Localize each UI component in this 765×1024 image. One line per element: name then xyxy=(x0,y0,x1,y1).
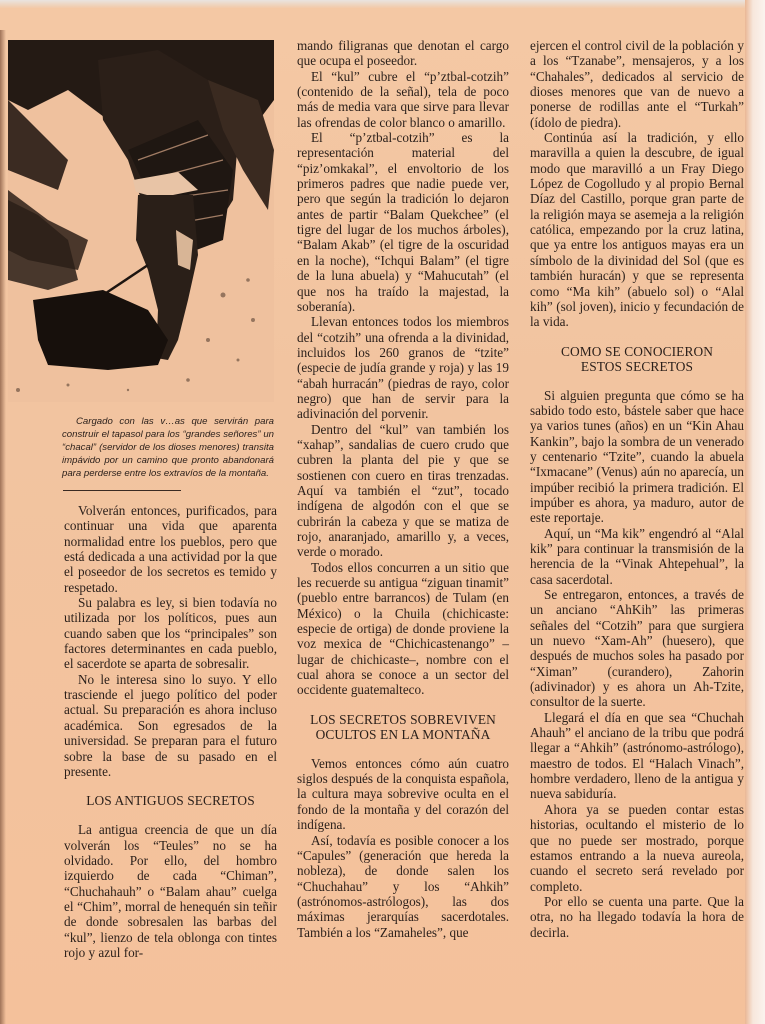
paragraph: Ahora ya se pueden contar estas historia… xyxy=(530,802,744,894)
paragraph: El “kul” cubre el “p’ztbal-cotzih” (cont… xyxy=(297,69,509,130)
heading-line: LOS SECRETOS SOBREVIVEN xyxy=(310,712,496,727)
photo-man-carrying-branches xyxy=(8,40,274,402)
paragraph: Dentro del “kul” van también los “xahap”… xyxy=(297,422,509,560)
heading-line: OCULTOS EN LA MONTAÑA xyxy=(316,727,491,742)
paragraph: Si alguien pregunta que cómo se ha sabid… xyxy=(530,388,744,526)
paragraph: Volverán entonces, purificados, para con… xyxy=(64,503,277,595)
photo-caption: Cargado con las v…as que servirán para c… xyxy=(62,415,274,480)
page-binding-shadow xyxy=(0,30,6,1024)
paragraph: Aquí, un “Ma kik” engendró al “Alal kik”… xyxy=(530,526,744,587)
article-column-2: mando filigranas que denotan el cargo qu… xyxy=(297,38,509,940)
paragraph: Todos ellos concurren a un sitio que les… xyxy=(297,560,509,698)
article-photo xyxy=(8,40,274,402)
page-right-edge xyxy=(745,0,765,1024)
article-column-3: ejercen el control civil de la población… xyxy=(530,38,744,940)
paragraph-continued: mando filigranas que denotan el cargo qu… xyxy=(297,38,509,69)
paragraph: Continúa así la tradición, y ello maravi… xyxy=(530,130,744,329)
heading-line: COMO SE CONOCIERON xyxy=(561,344,713,359)
paragraph-continued: ejercen el control civil de la población… xyxy=(530,38,744,130)
section-heading-como-se-conocieron: COMO SE CONOCIERON ESTOS SECRETOS xyxy=(530,344,744,374)
paragraph: Su palabra es ley, si bien todavía no ut… xyxy=(64,595,277,672)
paragraph: Vemos entonces cómo aún cuatro siglos de… xyxy=(297,756,509,833)
page-top-edge xyxy=(0,0,765,8)
section-heading-antiguos-secretos: LOS ANTIGUOS SECRETOS xyxy=(64,793,277,808)
caption-divider xyxy=(63,490,181,491)
paragraph: La antigua creencia de que un día volver… xyxy=(64,822,277,960)
paragraph: Llevan entonces todos los miembros del “… xyxy=(297,314,509,421)
paragraph: Por ello se cuenta una parte. Que la otr… xyxy=(530,894,744,940)
heading-line: ESTOS SECRETOS xyxy=(581,359,693,374)
paragraph: No le interesa sino lo suyo. Y ello tras… xyxy=(64,672,277,779)
paragraph: Llegará el día en que sea “Chuchah Ahauh… xyxy=(530,710,744,802)
section-heading-secretos-sobreviven: LOS SECRETOS SOBREVIVEN OCULTOS EN LA MO… xyxy=(297,712,509,742)
caption-text: Cargado con las v…as que servirán para c… xyxy=(62,415,274,480)
paragraph: Así, todavía es posible conocer a los “C… xyxy=(297,833,509,940)
paragraph: Se entregaron, entonces, a través de un … xyxy=(530,587,744,710)
article-column-1: Volverán entonces, purificados, para con… xyxy=(64,503,277,960)
paragraph: El “p’ztbal-cotzih” es la representación… xyxy=(297,130,509,314)
